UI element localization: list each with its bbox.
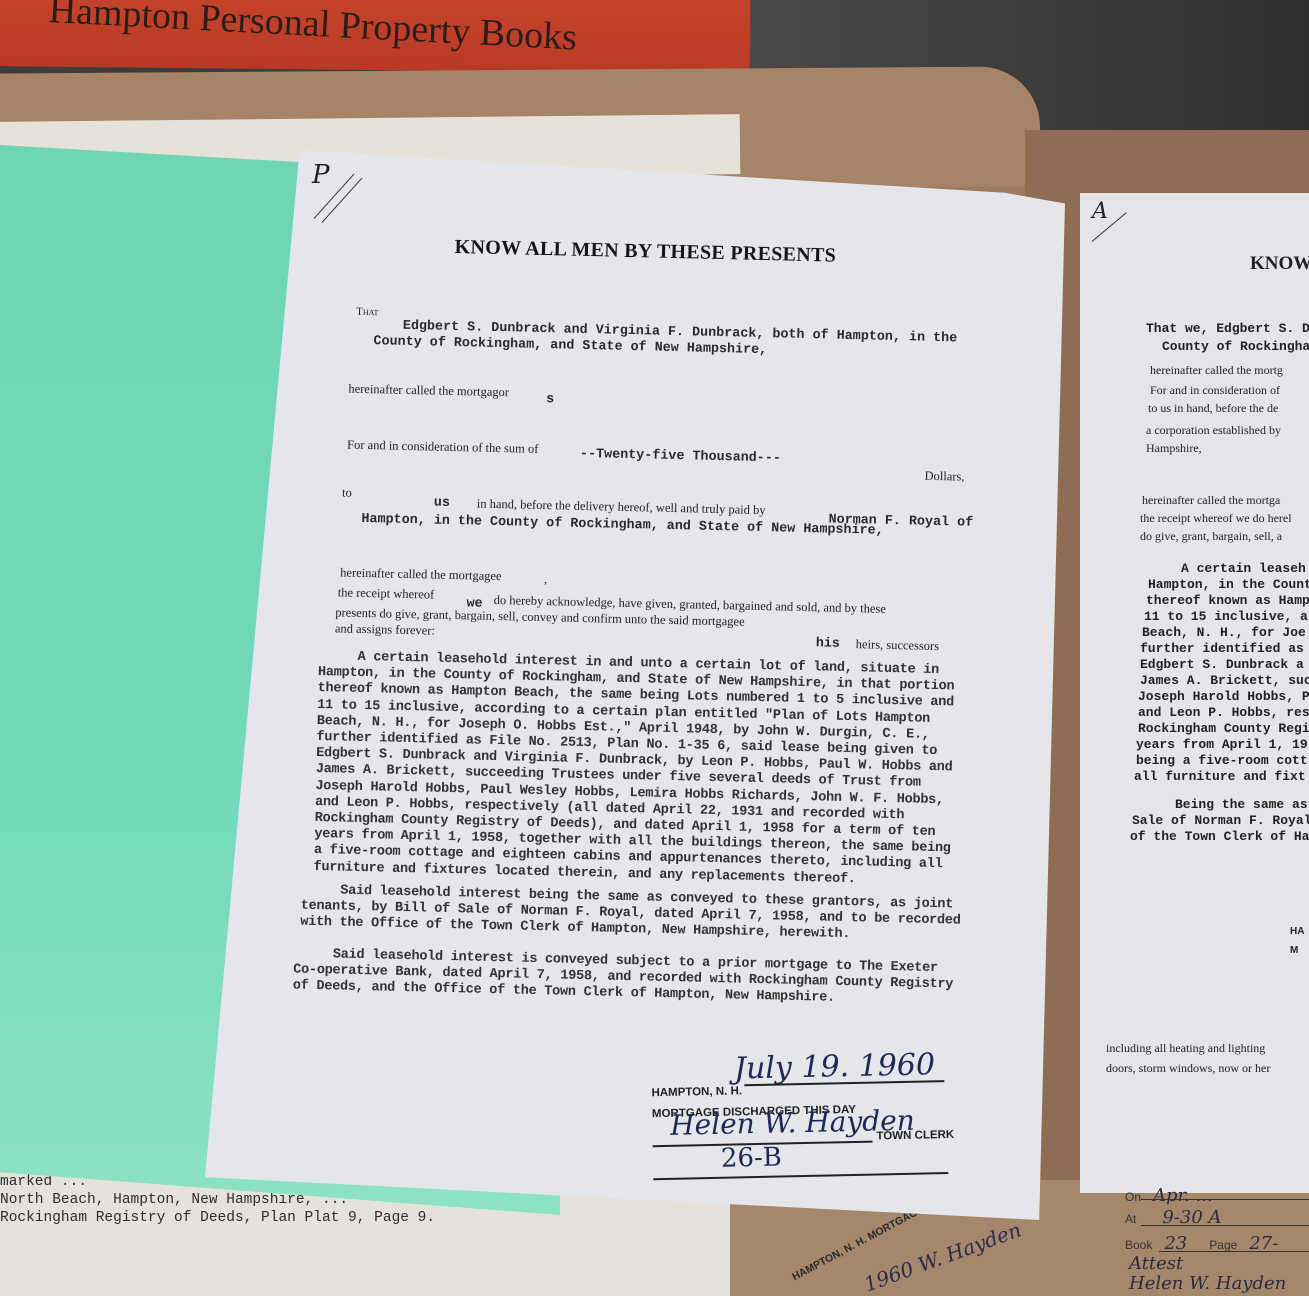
record-underline xyxy=(1141,1199,1309,1200)
stamp-town: HAMPTON, N. H. xyxy=(651,1085,742,1099)
town-clerk-label: TOWN CLERK xyxy=(876,1129,954,1143)
payee-line: Hampton, in the County of Rockingham, an… xyxy=(361,512,884,539)
record-page-label: Page xyxy=(1209,1238,1237,1252)
right-doc-line: being a five-room cott xyxy=(1136,753,1308,768)
stamp-fragment: M xyxy=(1290,945,1298,956)
right-doc-line: James A. Brickett, suc xyxy=(1140,673,1309,688)
corner-initial: P xyxy=(312,160,330,190)
record-signature: Helen W. Hayden xyxy=(1129,1273,1286,1294)
right-doc-title: KNOW xyxy=(1250,253,1309,275)
bottom-line: Rockingham Registry of Deeds, Plan Plat … xyxy=(0,1209,435,1227)
prior-mortgage-paragraph: Said leasehold interest is conveyed subj… xyxy=(293,946,954,1010)
right-doc-line: a corporation established by xyxy=(1146,423,1281,438)
corner-initial: A xyxy=(1092,199,1108,224)
heirs-rest: heirs, successors xyxy=(856,637,940,654)
leasehold-paragraph: A certain leasehold interest in and unto… xyxy=(313,649,954,890)
to-label: to xyxy=(342,485,352,500)
record-underline xyxy=(1141,1225,1309,1226)
right-doc-line: to us in hand, before the de xyxy=(1148,401,1278,416)
record-on: OnApr. ... xyxy=(1125,1185,1213,1206)
receipt-label: the receipt whereof xyxy=(338,585,435,602)
right-doc-line: Being the same as xyxy=(1136,797,1308,812)
consideration-label: For and in consideration of the sum of xyxy=(347,438,539,457)
right-doc-line: all furniture and fixt xyxy=(1134,769,1306,784)
record-signature-value: Helen W. Hayden xyxy=(1129,1273,1286,1294)
record-underline xyxy=(1159,1251,1309,1252)
right-doc-line: and Leon P. Hobbs, res xyxy=(1138,705,1309,720)
stamp-fragment: HA xyxy=(1290,926,1304,937)
record-book-label: Book xyxy=(1125,1238,1152,1252)
record-attest: Attest xyxy=(1129,1253,1183,1274)
dollars-label: Dollars, xyxy=(924,469,964,485)
stamp-number: 26-B xyxy=(721,1142,783,1173)
right-doc-line: A certain leaseh xyxy=(1142,561,1306,576)
sum-value: --Twenty-five Thousand--- xyxy=(580,447,781,467)
right-doc-line: doors, storm windows, now or her xyxy=(1106,1061,1270,1076)
right-doc-line: County of Rockingha xyxy=(1162,339,1309,354)
right-doc-line: Hampshire, xyxy=(1146,441,1202,456)
right-doc-line: Sale of Norman F. Royal xyxy=(1132,813,1309,828)
document-title: KNOW ALL MEN BY THESE PRESENTS xyxy=(454,236,836,268)
mortgagor-suffix: s xyxy=(546,392,554,407)
right-doc-line: That we, Edgbert S. D xyxy=(1146,321,1309,336)
right-doc-line: Joseph Harold Hobbs, P xyxy=(1138,689,1309,704)
heirs-value: his xyxy=(816,636,840,652)
right-doc-line: Edgbert S. Dunbrack a xyxy=(1140,657,1304,672)
deed-text: KNOW ALL MEN BY THESE PRESENTS That Edgb… xyxy=(260,230,980,1146)
mortgagee-label: hereinafter called the mortgagee xyxy=(340,565,502,584)
right-doc-line: years from April 1, 19 xyxy=(1136,737,1308,752)
record-on-value: Apr. ... xyxy=(1153,1185,1213,1206)
right-doc-line: the receipt whereof we do herel xyxy=(1140,511,1292,526)
mortgagor-label: hereinafter called the mortgagor xyxy=(348,382,509,401)
mortgage-discharge-stamp: July 19. 1960 HAMPTON, N. H. MORTGAGE DI… xyxy=(649,1047,962,1183)
assigns-line: and assigns forever: xyxy=(335,621,435,638)
bill-of-sale-paragraph: Said leasehold interest being the same a… xyxy=(300,883,961,947)
right-doc-line: hereinafter called the mortg xyxy=(1150,363,1283,378)
right-doc-line: Rockingham County Regi xyxy=(1138,721,1309,736)
right-doc-line: hereinafter called the mortga xyxy=(1142,493,1280,508)
right-doc-line: further identified as xyxy=(1140,641,1304,656)
right-doc-line: including all heating and lighting xyxy=(1106,1041,1265,1056)
right-doc-line: thereof known as Hamp xyxy=(1146,593,1309,608)
right-doc-line: 11 to 15 inclusive, a xyxy=(1144,609,1308,624)
right-document: A KNOW That we, Edgbert S. DCounty of Ro… xyxy=(1080,193,1309,1193)
mortgagee-suffix: , xyxy=(544,572,547,587)
record-at-label: At xyxy=(1125,1212,1136,1226)
to-value: us xyxy=(434,496,450,511)
record-on-label: On xyxy=(1125,1190,1141,1204)
right-doc-line: Hampton, in the Count xyxy=(1148,577,1309,592)
right-doc-line: Beach, N. H., for Joe xyxy=(1142,625,1306,640)
record-attest-value: Attest xyxy=(1129,1253,1183,1274)
that-label: That xyxy=(356,306,379,319)
right-doc-line: For and in consideration of xyxy=(1150,383,1280,398)
right-doc-line: do give, grant, bargain, sell, a xyxy=(1140,529,1282,544)
right-doc-line: of the Town Clerk of Ha xyxy=(1130,829,1309,844)
